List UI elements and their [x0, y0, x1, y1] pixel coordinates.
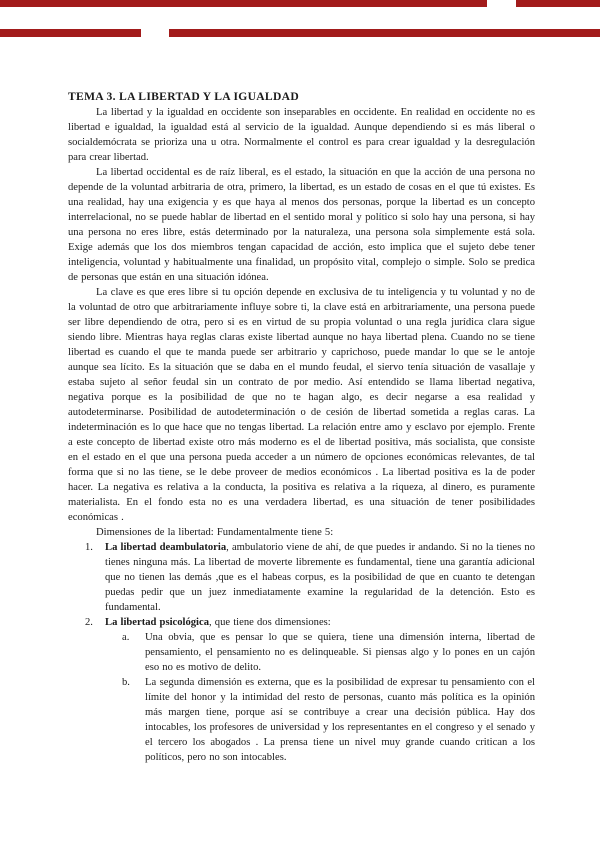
- sublist-item-interna: a. Una obvia, que es pensar lo que se qu…: [145, 630, 535, 675]
- sublist-item-letter: b.: [122, 675, 130, 690]
- paragraph-intro: La libertad y la igualdad en occidente s…: [68, 105, 535, 165]
- paragraph-dimensions-heading: Dimensiones de la libertad: Fundamentalm…: [68, 525, 535, 540]
- list-item-bold-lead: La libertad deambulatoria: [105, 542, 226, 553]
- document-title: TEMA 3. LA LIBERTAD Y LA IGUALDAD: [68, 90, 535, 103]
- sublist-item-text: La segunda dimensión es externa, que es …: [145, 677, 535, 763]
- sublist-item-letter: a.: [122, 630, 129, 645]
- list-item-text: , que tiene dos dimensiones:: [209, 617, 331, 628]
- sublist-item-externa: b. La segunda dimensión es externa, que …: [145, 675, 535, 765]
- page-content: TEMA 3. LA LIBERTAD Y LA IGUALDAD La lib…: [68, 0, 535, 765]
- sublist-item-text: Una obvia, que es pensar lo que se quier…: [145, 632, 535, 673]
- list-item-psicologica: 2. La libertad psicológica, que tiene do…: [105, 615, 535, 765]
- paragraph-western-liberty: La libertad occidental es de raíz libera…: [68, 165, 535, 285]
- list-item-number: 1.: [85, 540, 93, 555]
- paragraph-negative-positive-liberty: La clave es que eres libre si tu opción …: [68, 285, 535, 525]
- psicologica-sublist: a. Una obvia, que es pensar lo que se qu…: [105, 630, 535, 765]
- list-item-bold-lead: La libertad psicológica: [105, 617, 209, 628]
- list-item-number: 2.: [85, 615, 93, 630]
- dimensions-list: 1. La libertad deambulatoria, ambulatori…: [68, 540, 535, 765]
- document-page: { "page": { "background": "#ffffff", "re…: [0, 0, 600, 848]
- list-item-deambulatoria: 1. La libertad deambulatoria, ambulatori…: [105, 540, 535, 615]
